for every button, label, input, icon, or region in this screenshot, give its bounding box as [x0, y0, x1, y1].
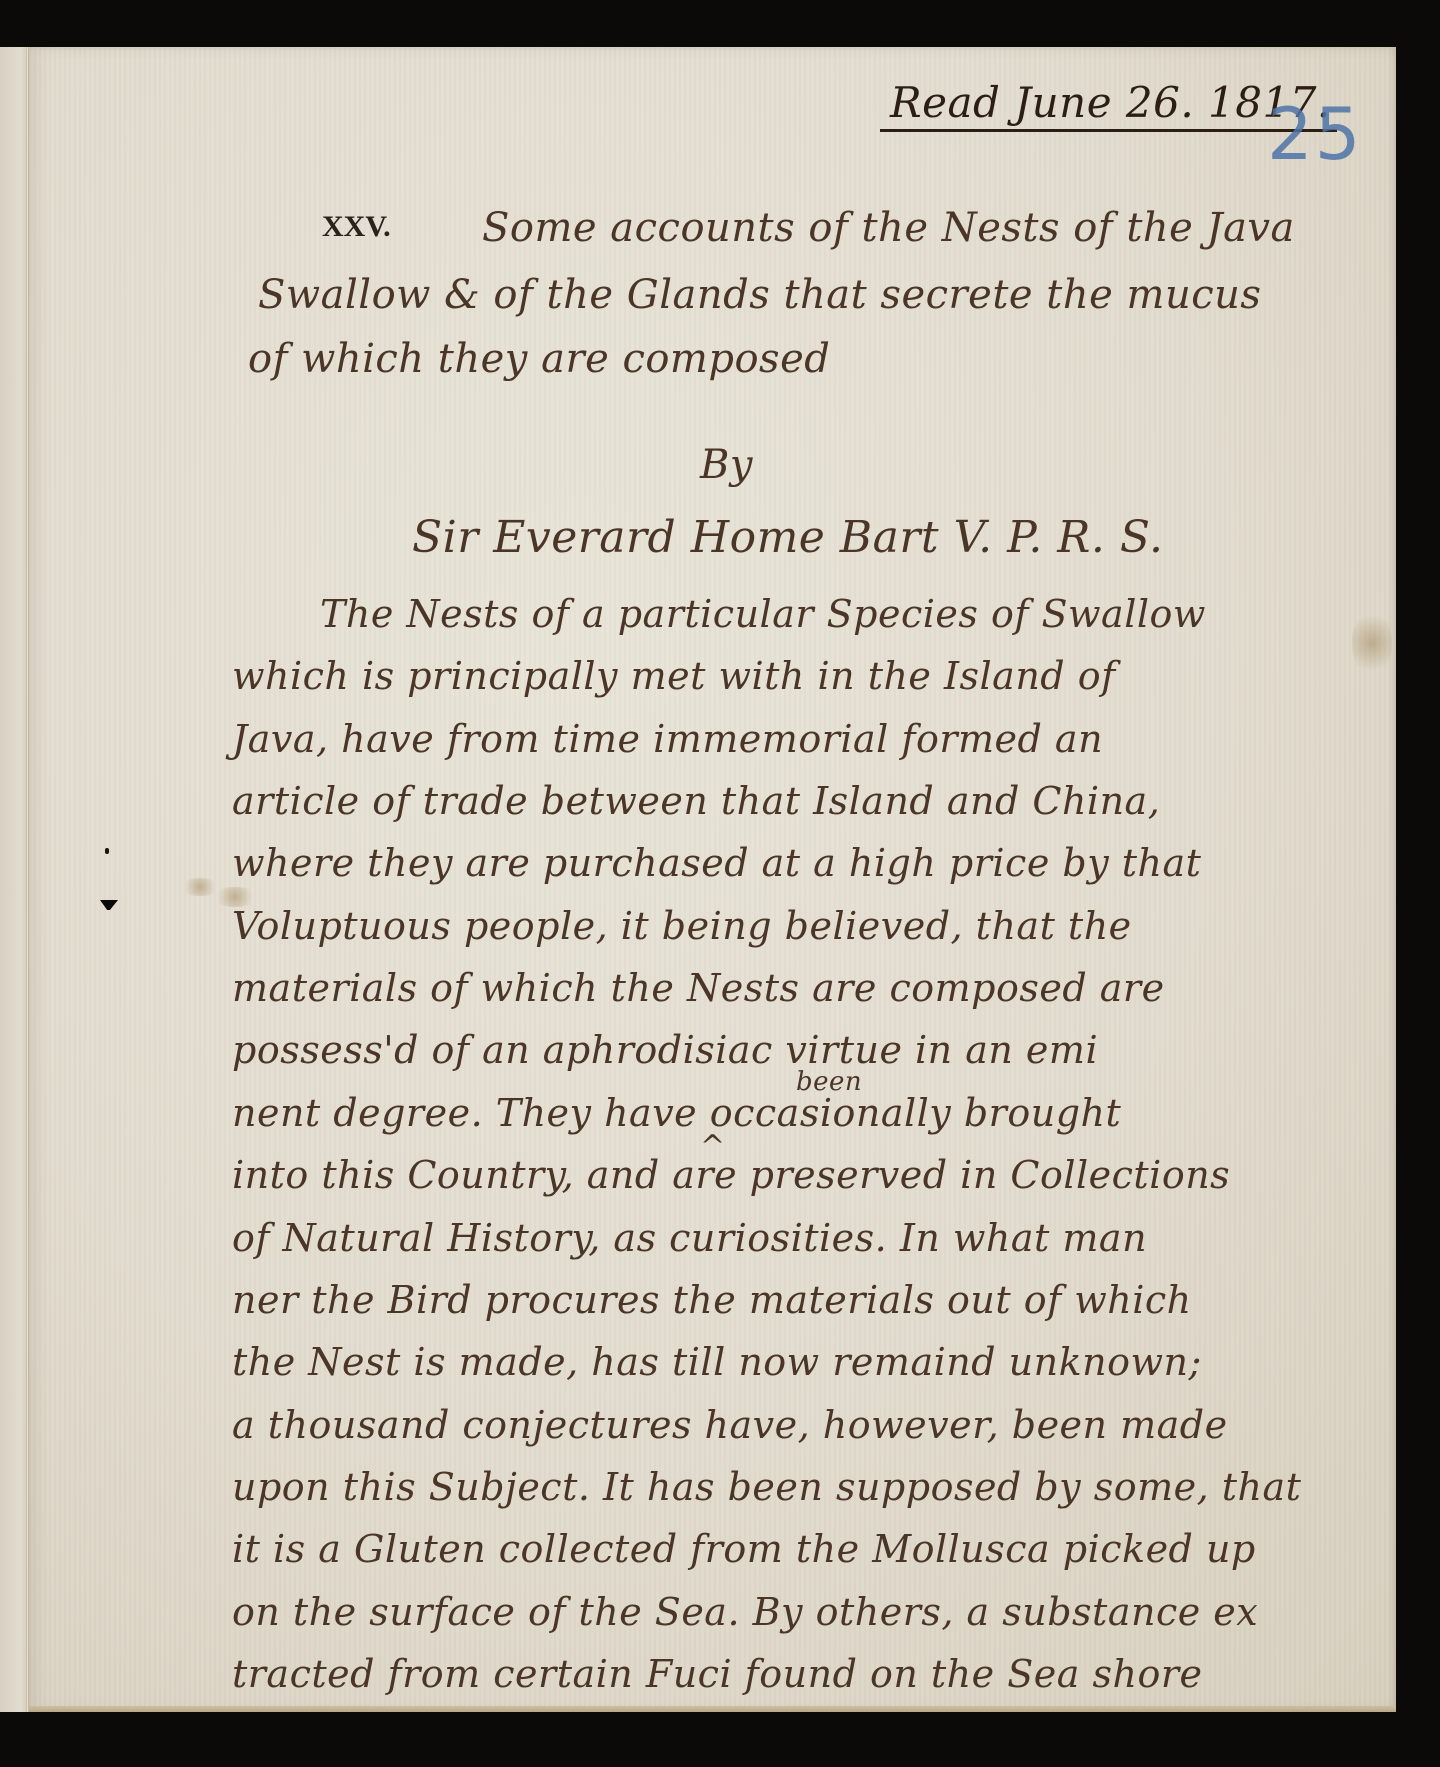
text-line: on the surface of the Sea. By others, a …: [232, 1590, 1258, 1634]
title-line: of which they are composed: [248, 336, 830, 382]
water-stain: [1352, 608, 1392, 678]
text-line: possess'd of an aphrodisiac virtue in an…: [232, 1028, 1098, 1072]
text-line: tracted from certain Fuci found on the S…: [232, 1652, 1202, 1696]
author-name: Sir Everard Home Bart V. P. R. S.: [412, 512, 1163, 563]
folio-number: 25: [1267, 92, 1363, 176]
text-line: article of trade between that Island and…: [232, 779, 1160, 823]
text-line: The Nests of a particular Species of Swa…: [320, 592, 1206, 636]
text-line: which is principally met with in the Isl…: [232, 654, 1116, 698]
title-line: Some accounts of the Nests of the Java: [482, 205, 1295, 251]
paper-number: XXV.: [322, 210, 391, 244]
text-line: ner the Bird procures the materials out …: [232, 1278, 1192, 1322]
page-bottom-edge: [29, 1706, 1396, 1712]
byline: By: [700, 442, 753, 488]
text-line: a thousand conjectures have, however, be…: [232, 1403, 1228, 1447]
text-line: materials of which the Nests are compose…: [232, 966, 1165, 1010]
text-line: it is a Gluten collected from the Mollus…: [232, 1527, 1256, 1571]
text-line: Voluptuous people, it being believed, th…: [232, 904, 1132, 948]
title-line: Swallow & of the Glands that secrete the…: [258, 272, 1261, 318]
text-line: where they are purchased at a high price…: [232, 841, 1201, 885]
text-line: nent degree. They have occasionally brou…: [232, 1091, 1121, 1135]
text-line: the Nest is made, has till now remaind u…: [232, 1340, 1202, 1384]
text-line: into this Country, and are preserved in …: [232, 1153, 1230, 1197]
paper-hole: [105, 848, 109, 854]
text-line: upon this Subject. It has been supposed …: [232, 1465, 1301, 1509]
text-line: Java, have from time immemorial formed a…: [232, 717, 1103, 761]
text-line: of Natural History, as curiosities. In w…: [232, 1216, 1147, 1260]
